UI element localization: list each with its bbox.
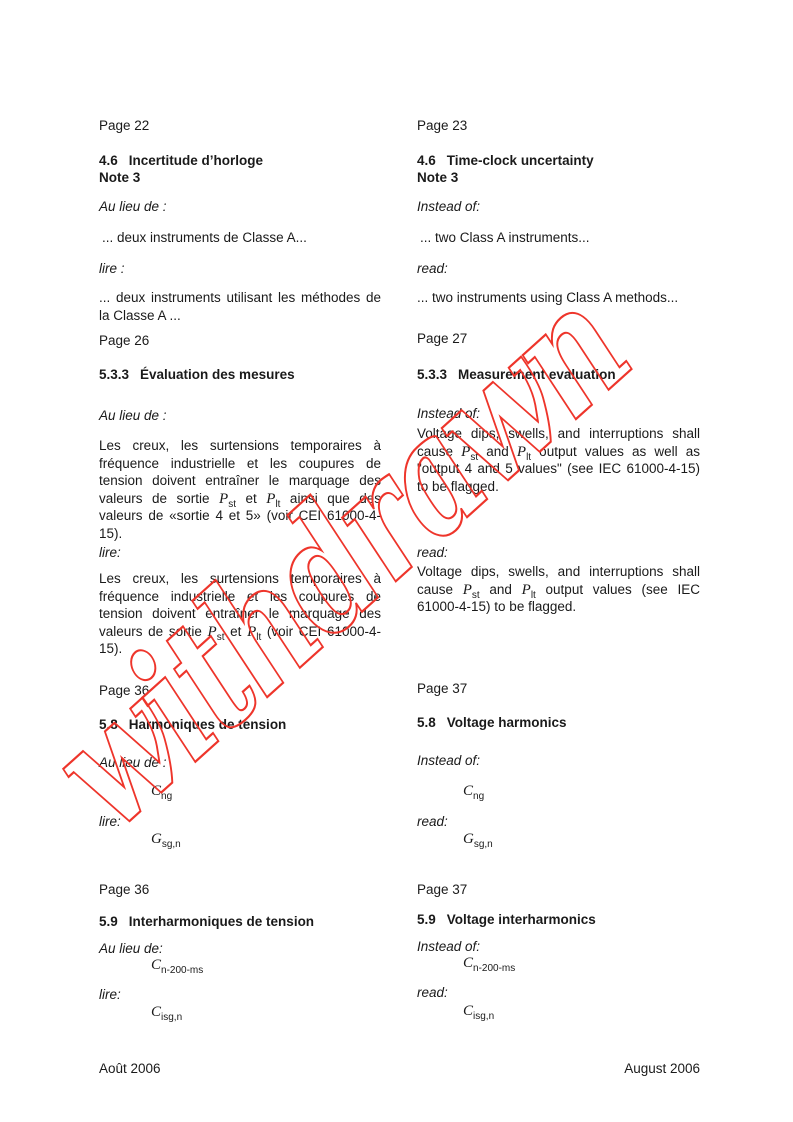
edit-label-instead-fr: Au lieu de : [99,408,381,423]
edit-label-read-en: read: [417,985,700,1000]
note-label: Note 3 [417,169,700,186]
section-heading-en-5-3-3: 5.3.3Measurement evaluation [417,366,700,383]
section-number: 5.9 [99,913,118,930]
edit-label-instead-en: Instead of: [417,199,700,214]
edit-label-read-fr: lire: [99,545,381,560]
symbol-subscript: ng [161,791,172,802]
paragraph-text: et [224,624,247,639]
formula-cn200ms: Cn-200-ms [417,955,746,970]
note-label: Note 3 [99,169,381,186]
section-title: Measurement evaluation [458,367,616,382]
symbol-subscript: isg,n [161,1012,182,1023]
section-heading-fr-5-9: 5.9Interharmoniques de tension [99,913,381,930]
edit-label-instead-fr: Au lieu de: [99,941,381,956]
symbol-base: G [151,831,162,847]
paragraph-instead-en: Voltage dips, swells, and interruptions … [417,425,700,495]
symbol-base: P [463,582,472,598]
symbol-base: P [247,624,256,640]
section-number: 5.3.3 [417,366,447,383]
paragraph-read-fr: Les creux, les surtensions temporaires à… [99,570,381,658]
paragraph-read-en: Voltage dips, swells, and interruptions … [417,563,700,616]
edit-label-read-en: read: [417,261,700,276]
document-page: Page 22 4.6Incertitude d’horloge Note 3 … [0,0,793,1122]
symbol-subscript: n-200-ms [161,965,203,976]
footer-date-en: August 2006 [417,1061,700,1076]
section-title: Évaluation des mesures [140,367,295,382]
symbol-base: C [463,1003,473,1019]
symbol-subscript: ng [473,791,484,802]
paragraph-text: and [480,582,522,597]
edit-label-instead-fr: Au lieu de : [99,755,381,770]
section-number: 5.8 [417,714,436,731]
section-title: Interharmoniques de tension [129,914,314,929]
page-ref-en-37b: Page 37 [417,882,700,897]
section-number: 4.6 [99,152,118,169]
paragraph-text: and [478,444,517,459]
edit-label-read-en: read: [417,545,700,560]
section-number: 5.9 [417,911,436,928]
symbol-base: C [463,783,473,799]
edit-label-read-fr: lire: [99,987,381,1002]
section-heading-line: 4.6Time-clock uncertainty [417,152,700,169]
section-title: Voltage harmonics [447,715,567,730]
symbol-base: P [517,444,526,460]
formula-gsgn: Gsg,n [99,831,433,846]
symbol-base: P [208,624,217,640]
section-heading-en-5-8: 5.8Voltage harmonics [417,714,700,731]
edit-snippet: ... deux instruments de Classe A... [99,229,384,247]
section-number: 5.8 [99,716,118,733]
symbol-base: C [151,783,161,799]
edit-label-read-fr: lire : [99,261,381,276]
edit-label-instead-en: Instead of: [417,406,700,421]
page-ref-fr-36b: Page 36 [99,882,381,897]
edit-snippet: ... two instruments using Class A method… [417,289,700,307]
section-heading-line: 4.6Incertitude d’horloge [99,152,381,169]
edit-snippet: ... two Class A instruments... [417,229,703,247]
section-number: 5.3.3 [99,366,129,383]
symbol-base: P [522,582,531,598]
section-heading-fr-4-6: 4.6Incertitude d’horloge Note 3 [99,152,381,186]
footer-date-fr: Août 2006 [99,1061,381,1076]
formula-cng: Cng [417,783,746,798]
section-heading-en-4-6: 4.6Time-clock uncertainty Note 3 [417,152,700,186]
symbol-subscript: sg,n [162,839,181,850]
section-title: Time-clock uncertainty [447,153,594,168]
symbol-base: C [463,955,473,971]
section-heading-en-5-9: 5.9Voltage interharmonics [417,911,700,928]
page-ref-fr-22: Page 22 [99,118,381,133]
page-ref-fr-26: Page 26 [99,333,381,348]
page-ref-en-27: Page 27 [417,331,700,346]
paragraph-instead-fr: Les creux, les surtensions temporaires à… [99,437,381,542]
formula-cisgn: Cisg,n [99,1004,433,1019]
section-title: Voltage interharmonics [447,912,596,927]
formula-cng: Cng [99,783,433,798]
edit-label-read-fr: lire: [99,814,381,829]
edit-snippet: ... deux instruments utilisant les métho… [99,289,381,324]
formula-gsgn: Gsg,n [417,831,746,846]
section-number: 4.6 [417,152,436,169]
edit-label-instead-en: Instead of: [417,939,700,954]
edit-label-instead-fr: Au lieu de : [99,199,381,214]
formula-cn200ms: Cn-200-ms [99,957,433,972]
page-ref-en-37: Page 37 [417,681,700,696]
page-ref-fr-36: Page 36 [99,683,381,698]
symbol-base: P [461,444,470,460]
section-heading-fr-5-3-3: 5.3.3Évaluation des mesures [99,366,381,383]
page-ref-en-23: Page 23 [417,118,700,133]
symbol-subscript: n-200-ms [473,963,515,974]
symbol-base: G [463,831,474,847]
symbol-subscript: isg,n [473,1011,494,1022]
symbol-base: C [151,1004,161,1020]
symbol-subscript: sg,n [474,839,493,850]
edit-label-read-en: read: [417,814,700,829]
formula-cisgn: Cisg,n [417,1003,746,1018]
section-title: Harmoniques de tension [129,717,287,732]
paragraph-text: et [236,491,266,506]
section-title: Incertitude d’horloge [129,153,263,168]
section-heading-fr-5-8: 5.8Harmoniques de tension [99,716,381,733]
edit-label-instead-en: Instead of: [417,753,700,768]
symbol-base: P [219,491,228,507]
symbol-base: C [151,957,161,973]
